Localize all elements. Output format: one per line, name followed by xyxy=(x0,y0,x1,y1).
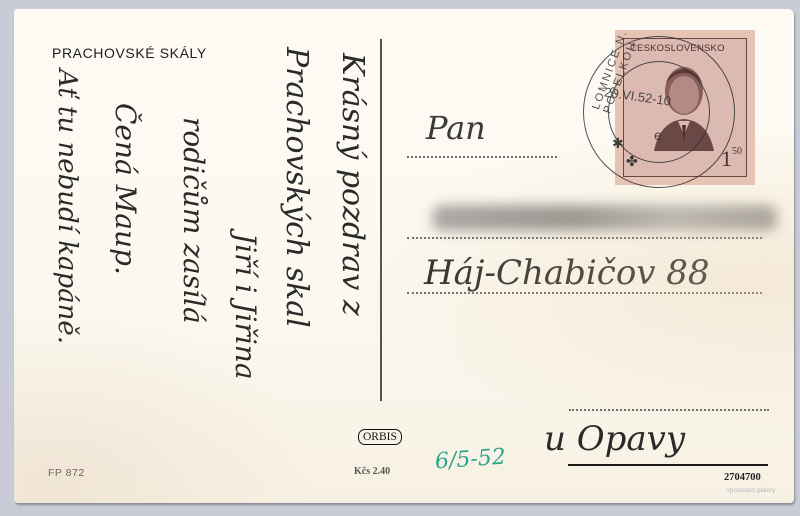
serial-number: 2704700 xyxy=(724,472,761,483)
handwritten-date: 6/5-52 xyxy=(434,445,506,475)
message-line-5: Čená Maup. xyxy=(109,103,142,275)
postmark-star-icon: ✱ xyxy=(612,135,624,152)
recipient-name-redacted xyxy=(432,205,777,231)
message-line-4: rodičům zasílá xyxy=(177,117,210,324)
center-divider xyxy=(380,39,382,401)
postmark-letter: e xyxy=(654,127,662,143)
address-line-1 xyxy=(407,156,557,158)
message-line-3: Jiří i Jiřina xyxy=(229,233,262,380)
address-street: Háj-Chabičov 88 xyxy=(424,253,710,293)
stamp-value-cents: 50 xyxy=(732,146,742,157)
address-underline xyxy=(568,464,768,466)
address-line-4 xyxy=(569,409,769,411)
address-line-2 xyxy=(407,237,762,239)
postmark: 20.VI.52-10 LOMNICE N. POPELKOU e ✱ ✤ xyxy=(583,36,735,188)
message-line-6: Ať tu nebudí kapáně. xyxy=(52,69,82,344)
message-line-1: Krásný pozdrav z xyxy=(335,53,370,316)
catalog-code: FP 872 xyxy=(48,467,85,479)
postcard-title: PRACHOVSKÉ SKÁLY xyxy=(52,45,207,61)
publisher-logo: ORBIS xyxy=(358,429,402,445)
address-line-3 xyxy=(407,292,762,294)
address-city: u Opavy xyxy=(544,419,685,459)
watermark: //postcard.gallery xyxy=(726,487,776,494)
postmark-cross-icon: ✤ xyxy=(626,153,638,170)
price-label: Kčs 2.40 xyxy=(354,466,390,477)
message-line-2: Prachovských skal xyxy=(279,47,314,328)
address-salutation: Pan xyxy=(426,109,486,147)
